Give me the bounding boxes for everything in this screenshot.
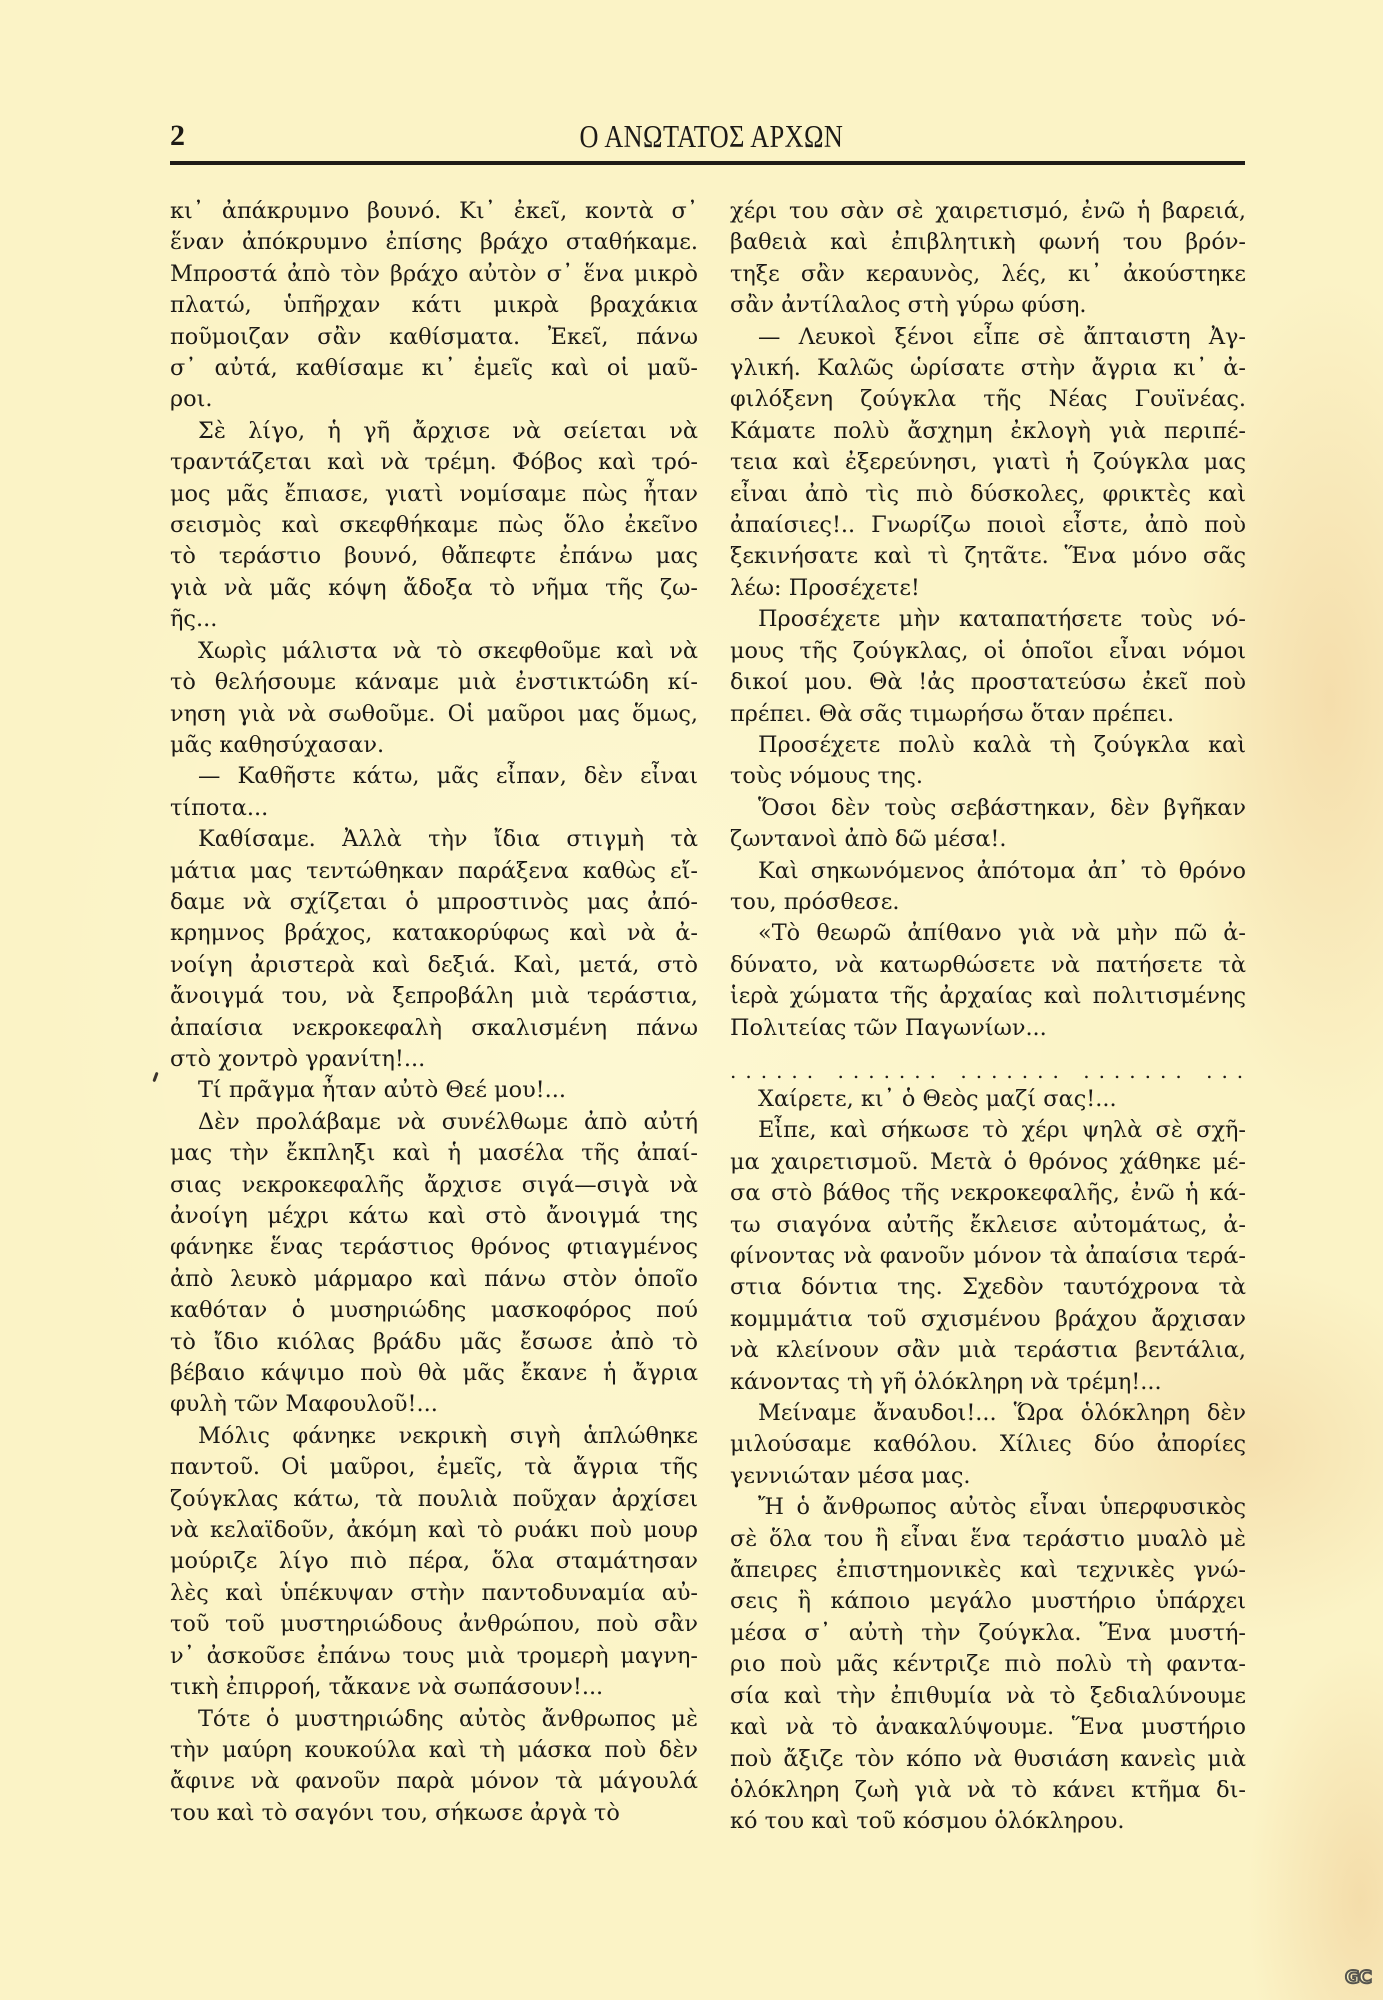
text-line: ἀπὸ λευκὸ μάρμαρο καὶ πάνω στὸν ὁποῖο (170, 1264, 698, 1295)
text-line: στὸ χοντρὸ γρανίτη!... (170, 1044, 698, 1075)
text-line: βέβαιο κάψιμο ποὺ θὰ μᾶς ἔκανε ἡ ἄγρια (170, 1358, 698, 1389)
text-line: τω σιαγόνα αὐτῆς ἔκλεισε αὐτομάτως, ἀ- (730, 1210, 1246, 1241)
paragraph: Προσέχετε πολὺ καλὰ τὴ ζούγκλα καὶτοὺς ν… (730, 730, 1246, 793)
text-line: ζούγκλας κάτω, τὰ πουλιὰ ποῦχαν ἀρχίσει (170, 1484, 698, 1515)
text-line: πλατώ, ὑπῆρχαν κάτι μικρὰ βραχάκια (170, 290, 698, 321)
text-line: ἀνοίγη μέχρι κάτω καὶ στὸ ἄνοιγμά της (170, 1201, 698, 1232)
text-line: μος μᾶς ἔπιασε, γιατὶ νομίσαμε πὼς ἦταν (170, 479, 698, 510)
text-line: τοῦ τοῦ μυστηριώδους ἀνθρώπου, ποὺ σἂν (170, 1609, 698, 1640)
paragraph: Ὅσοι δὲν τοὺς σεβάστηκαν, δὲν βγῆκανζωντ… (730, 793, 1246, 856)
text-line: σὲ ὅλα του ἢ εἶναι ἕνα τεράστιο μυαλὸ μὲ (730, 1524, 1246, 1555)
paragraph: Σὲ λίγο, ἡ γῆ ἄρχισε νὰ σείεται νὰτραντά… (170, 416, 698, 636)
text-line: σἂν ἀντίλαλος στὴ γύρω φύση. (730, 290, 1246, 321)
paragraph: «Τὸ θεωρῶ ἀπίθανο γιὰ νὰ μὴν πῶ ἀ-δύνατο… (730, 918, 1246, 1044)
text-line: Ὅσοι δὲν τοὺς σεβάστηκαν, δὲν βγῆκαν (730, 793, 1246, 824)
text-line: Πολιτείας τῶν Παγωνίων... (730, 1013, 1246, 1044)
text-line: μούριζε λίγο πιὸ πέρα, ὅλα σταμάτησαν (170, 1546, 698, 1577)
text-line: Χαίρετε, κι᾽ ὁ Θεὸς μαζί σας!... (730, 1084, 1246, 1115)
text-line: μέσα σ᾽ αὐτὴ τὴν ζούγκλα. Ἕνα μυστή- (730, 1618, 1246, 1649)
paragraph: Χωρὶς μάλιστα νὰ τὸ σκεφθοῦμε καὶ νὰτὸ θ… (170, 636, 698, 762)
text-line: κρημνος βράχος, κατακορύφως καὶ νὰ ἀ- (170, 918, 698, 949)
text-line: μιλούσαμε καθόλου. Χίλιες δύο ἀπορίες (730, 1429, 1246, 1460)
text-line: τικὴ ἐπιρροή, τἄκανε νὰ σωπάσουν!... (170, 1672, 698, 1703)
running-title: Ο ΑΝΩΤΑΤΟΣ ΑΡΧΩΝ (271, 118, 1153, 154)
text-line: λὲς καὶ ὑπέκυψαν στὴν παντοδυναμία αὐ- (170, 1578, 698, 1609)
text-line: νηση γιὰ νὰ σωθοῦμε. Οἱ μαῦροι μας ὅμως, (170, 699, 698, 730)
paragraph: — Λευκοὶ ξένοι εἶπε σὲ ἄπταιστη Ἀγ-γλική… (730, 322, 1246, 605)
text-line: τηξε σἂν κεραυνὸς, λές, κι᾽ ἀκούστηκε (730, 259, 1246, 290)
text-line: ριο ποὺ μᾶς κέντριζε πιὸ πολὺ τὴ φαντα- (730, 1649, 1246, 1680)
text-line: φίνοντας νὰ φανοῦν μόνον τὰ ἀπαίσια τερά… (730, 1241, 1246, 1272)
text-line: γιὰ νὰ μᾶς κόψη ἄδοξα τὸ νῆμα τῆς ζω- (170, 573, 698, 604)
text-line: νοίγη ἀριστερὰ καὶ δεξιά. Καὶ, μετά, στὸ (170, 950, 698, 981)
text-line: χέρι του σὰν σὲ χαιρετισμό, ἐνῶ ἡ βαρειά… (730, 196, 1246, 227)
text-line: γλική. Καλῶς ὡρίσατε στὴν ἄγρια κι᾽ ἀ- (730, 353, 1246, 384)
paragraph: Δὲν προλάβαμε νὰ συνέλθωμε ἀπὸ αὐτήμας τ… (170, 1107, 698, 1421)
text-line: ζωντανοὶ ἀπὸ δῶ μέσα!. (730, 824, 1246, 855)
text-line: μους τῆς ζούγκλας, οἱ ὁποῖοι εἶναι νόμοι (730, 636, 1246, 667)
text-line: δαμε νὰ σχίζεται ὁ μπροστινὸς μας ἀπό- (170, 887, 698, 918)
text-line: κάνοντας τὴ γῆ ὁλόκληρη νὰ τρέμη!... (730, 1367, 1246, 1398)
text-line: στια δόντια της. Σχεδὸν ταυτόχρονα τὰ (730, 1272, 1246, 1303)
text-line: μάτια μας τεντώθηκαν παράξενα καθὼς εἴ- (170, 856, 698, 887)
text-line: δύνατο, νὰ κατωρθώσετε νὰ πατήσετε τὰ (730, 950, 1246, 981)
text-line: τὸ τεράστιο βουνό, θἄπεφτε ἐπάνω μας (170, 541, 698, 572)
ink-speck (152, 1072, 158, 1082)
text-line: σία καὶ τὴν ἐπιθυμία νὰ τὸ ξεδιαλύνουμε (730, 1681, 1246, 1712)
paragraph: Εἶπε, καὶ σήκωσε τὸ χέρι ψηλὰ σὲ σχῆ-μα … (730, 1115, 1246, 1398)
text-line: Τότε ὁ μυστηριώδης αὐτὸς ἄνθρωπος μὲ (170, 1704, 698, 1735)
text-line: σεισμὸς καὶ σκεφθήκαμε πὼς ὅλο ἐκεῖνο (170, 510, 698, 541)
text-line: μα χαιρετισμοῦ. Μετὰ ὁ θρόνος χάθηκε μέ- (730, 1147, 1246, 1178)
section-separator: ...... ....... ....... ....... ...... (730, 1058, 1246, 1084)
text-line: λέω: Προσέχετε! (730, 573, 1246, 604)
text-line: νὰ κελαϊδοῦν, ἀκόμη καὶ τὸ ρυάκι ποὺ μου… (170, 1515, 698, 1546)
text-line: του καὶ τὸ σαγόνι του, σήκωσε ἀργὰ τὸ (170, 1798, 698, 1829)
text-line: Καὶ σηκωνόμενος ἀπότομα ἀπ᾽ τὸ θρόνο (730, 856, 1246, 887)
text-line: κομμμάτια τοῦ σχισμένου βράχου ἄρχισαν (730, 1304, 1246, 1335)
text-line: σεις ἢ κάποιο μεγάλο μυστήριο ὑπάρχει (730, 1586, 1246, 1617)
text-line: Εἶπε, καὶ σήκωσε τὸ χέρι ψηλὰ σὲ σχῆ- (730, 1115, 1246, 1146)
text-line: Προσέχετε μὴν καταπατήσετε τοὺς νό- (730, 604, 1246, 635)
paragraph: Μόλις φάνηκε νεκρικὴ σιγὴ ἁπλώθηκεπαντοῦ… (170, 1421, 698, 1704)
text-line: Προσέχετε πολὺ καλὰ τὴ ζούγκλα καὶ (730, 730, 1246, 761)
text-line: Χωρὶς μάλιστα νὰ τὸ σκεφθοῦμε καὶ νὰ (170, 636, 698, 667)
text-line: Σὲ λίγο, ἡ γῆ ἄρχισε νὰ σείεται νὰ (170, 416, 698, 447)
text-line: σ᾽ αὐτά, καθίσαμε κι᾽ ἐμεῖς καὶ οἱ μαῦ- (170, 353, 698, 384)
paragraph: Χαίρετε, κι᾽ ὁ Θεὸς μαζί σας!... (730, 1084, 1246, 1115)
text-line: ἀπαίσια νεκροκεφαλὴ σκαλισμένη πάνω (170, 1013, 698, 1044)
text-line: εἶναι ἀπὸ τὶς πιὸ δύσκολες, φρικτὲς καὶ (730, 479, 1246, 510)
text-line: καθόταν ὁ μυσηριώδης μασκοφόρος πού (170, 1295, 698, 1326)
text-line: του, πρόσθεσε. (730, 887, 1246, 918)
text-line: ν᾽ ἀσκοῦσε ἐπάνω τους μιὰ τρομερὴ μαγνη- (170, 1641, 698, 1672)
watermark-logo: GC (1345, 1967, 1371, 1988)
text-line: φιλόξενη ζούγκλα τῆς Νέας Γουϊνέας. (730, 384, 1246, 415)
text-line: — Λευκοὶ ξένοι εἶπε σὲ ἄπταιστη Ἀγ- (730, 322, 1246, 353)
paragraph: — Καθῆστε κάτω, μᾶς εἶπαν, δὲν εἶναιτίπο… (170, 761, 698, 824)
paragraph: Προσέχετε μὴν καταπατήσετε τοὺς νό-μους … (730, 604, 1246, 730)
text-line: Καθίσαμε. Ἀλλὰ τὴν ἴδια στιγμὴ τὰ (170, 824, 698, 855)
text-line: ποὺ ἄξιζε τὸν κόπο νὰ θυσιάση κανεὶς μιὰ (730, 1744, 1246, 1775)
right-column-lower: Χαίρετε, κι᾽ ὁ Θεὸς μαζί σας!...Εἶπε, κα… (730, 1084, 1246, 1838)
page-header: 2 Ο ΑΝΩΤΑΤΟΣ ΑΡΧΩΝ (170, 118, 1245, 158)
text-line: τὴν μαύρη κουκούλα καὶ τὴ μάσκα ποὺ δὲν (170, 1735, 698, 1766)
page-number: 2 (170, 118, 185, 154)
text-line: μᾶς καθησύχασαν. (170, 730, 698, 761)
text-line: ποῦμοιζαν σἂν καθίσματα. Ἐκεῖ, πάνω (170, 322, 698, 353)
text-line: ῆς... (170, 604, 698, 635)
text-line: γεννιώταν μέσα μας. (730, 1461, 1246, 1492)
text-line: νὰ κλείνουν σἂν μιὰ τεράστια βεντάλια, (730, 1335, 1246, 1366)
paragraph: χέρι του σὰν σὲ χαιρετισμό, ἐνῶ ἡ βαρειά… (730, 196, 1246, 322)
header-rule (170, 161, 1245, 165)
text-line: μας τὴν ἔκπληξι καὶ ἡ μασέλα τῆς ἀπαί- (170, 1138, 698, 1169)
text-line: ὁλόκληρη ζωὴ γιὰ νὰ τὸ κάνει κτῆμα δι- (730, 1775, 1246, 1806)
text-line: σα στὸ βάθος τῆς νεκροκεφαλῆς, ἐνῶ ἡ κά- (730, 1178, 1246, 1209)
text-line: Τί πρᾶγμα ἦταν αὐτὸ Θεέ μου!... (170, 1075, 698, 1106)
text-line: ἄφινε νὰ φανοῦν παρὰ μόνον τὰ μάγουλά (170, 1766, 698, 1797)
text-line: «Τὸ θεωρῶ ἀπίθανο γιὰ νὰ μὴν πῶ ἀ- (730, 918, 1246, 949)
paragraph: Ἤ ὁ ἄνθρωπος αὐτὸς εἶναι ὑπερφυσικὸςσὲ ὅ… (730, 1492, 1246, 1837)
paragraph: Μείναμε ἄναυδοι!... Ὥρα ὁλόκληρη δὲνμιλο… (730, 1398, 1246, 1492)
text-line: ροι. (170, 384, 698, 415)
right-column: χέρι του σὰν σὲ χαιρετισμό, ἐνῶ ἡ βαρειά… (730, 196, 1246, 1838)
text-line: Μπροστά ἀπὸ τὸν βράχο αὐτὸν σ᾽ ἕνα μικρὸ (170, 259, 698, 290)
text-line: βαθειὰ καὶ ἐπιβλητικὴ φωνή του βρόν- (730, 227, 1246, 258)
text-line: παντοῦ. Οἱ μαῦροι, ἐμεῖς, τὰ ἄγρια τῆς (170, 1452, 698, 1483)
right-column-upper: χέρι του σὰν σὲ χαιρετισμό, ἐνῶ ἡ βαρειά… (730, 196, 1246, 1044)
text-line: τὸ θελήσουμε κάναμε μιὰ ἐνστικτώδη κί- (170, 667, 698, 698)
text-line: ἄνοιγμά του, νὰ ξεπροβάλη μιὰ τεράστια, (170, 981, 698, 1012)
text-line: δικοί μου. Θὰ !ἀς προστατεύσω ἐκεῖ ποὺ (730, 667, 1246, 698)
text-line: τοὺς νόμους της. (730, 761, 1246, 792)
paragraph: Καθίσαμε. Ἀλλὰ τὴν ἴδια στιγμὴ τὰμάτια μ… (170, 824, 698, 1075)
text-line: τὸ ἴδιο κιόλας βράδυ μᾶς ἔσωσε ἀπὸ τὸ (170, 1327, 698, 1358)
paragraph: Τί πρᾶγμα ἦταν αὐτὸ Θεέ μου!... (170, 1075, 698, 1106)
text-line: — Καθῆστε κάτω, μᾶς εἶπαν, δὲν εἶναι (170, 761, 698, 792)
paragraph: Καὶ σηκωνόμενος ἀπότομα ἀπ᾽ τὸ θρόνοτου,… (730, 856, 1246, 919)
paragraph: κι᾽ ἀπάκρυμνο βουνό. Κι᾽ ἐκεῖ, κοντὰ σ᾽ἕ… (170, 196, 698, 416)
text-line: σιας νεκροκεφαλῆς ἄρχισε σιγά—σιγὰ νὰ (170, 1170, 698, 1201)
text-line: κό του καὶ τοῦ κόσμου ὁλόκληρου. (730, 1806, 1246, 1837)
text-line: πρέπει. Θὰ σᾶς τιμωρήσω ὅταν πρέπει. (730, 699, 1246, 730)
text-line: κι᾽ ἀπάκρυμνο βουνό. Κι᾽ ἐκεῖ, κοντὰ σ᾽ (170, 196, 698, 227)
text-line: ἱερὰ χώματα τῆς ἀρχαίας καὶ πολιτισμένης (730, 981, 1246, 1012)
text-line: Μείναμε ἄναυδοι!... Ὥρα ὁλόκληρη δὲν (730, 1398, 1246, 1429)
text-line: ἕναν ἀπόκρυμνο ἐπίσης βράχο σταθήκαμε. (170, 227, 698, 258)
text-line: φάνηκε ἕνας τεράστιος θρόνος φτιαγμένος (170, 1232, 698, 1263)
text-line: τραντάζεται καὶ νὰ τρέμη. Φόβος καὶ τρό- (170, 447, 698, 478)
text-line: καὶ νὰ τὸ ἀνακαλύψουμε. Ἕνα μυστήριο (730, 1712, 1246, 1743)
text-line: Μόλις φάνηκε νεκρικὴ σιγὴ ἁπλώθηκε (170, 1421, 698, 1452)
text-line: φυλὴ τῶν Μαφουλοῦ!... (170, 1389, 698, 1420)
text-line: Κάματε πολὺ ἄσχημη ἐκλογὴ γιὰ περιπέ- (730, 416, 1246, 447)
text-line: τεια καὶ ἐξερεύνησι, γιατὶ ἡ ζούγκλα μας (730, 447, 1246, 478)
text-line: Δὲν προλάβαμε νὰ συνέλθωμε ἀπὸ αὐτή (170, 1107, 698, 1138)
text-line: ἄπειρες ἐπιστημονικὲς καὶ τεχνικὲς γνώ- (730, 1555, 1246, 1586)
text-line: Ἤ ὁ ἄνθρωπος αὐτὸς εἶναι ὑπερφυσικὸς (730, 1492, 1246, 1523)
paragraph: Τότε ὁ μυστηριώδης αὐτὸς ἄνθρωπος μὲτὴν … (170, 1704, 698, 1830)
text-line: τίποτα... (170, 793, 698, 824)
text-line: ἀπαίσιες!.. Γνωρίζω ποιοὶ εἶστε, ἀπὸ ποὺ (730, 510, 1246, 541)
left-column: κι᾽ ἀπάκρυμνο βουνό. Κι᾽ ἐκεῖ, κοντὰ σ᾽ἕ… (170, 196, 698, 1829)
text-line: ξεκινήσατε καὶ τὶ ζητᾶτε. Ἕνα μόνο σᾶς (730, 541, 1246, 572)
